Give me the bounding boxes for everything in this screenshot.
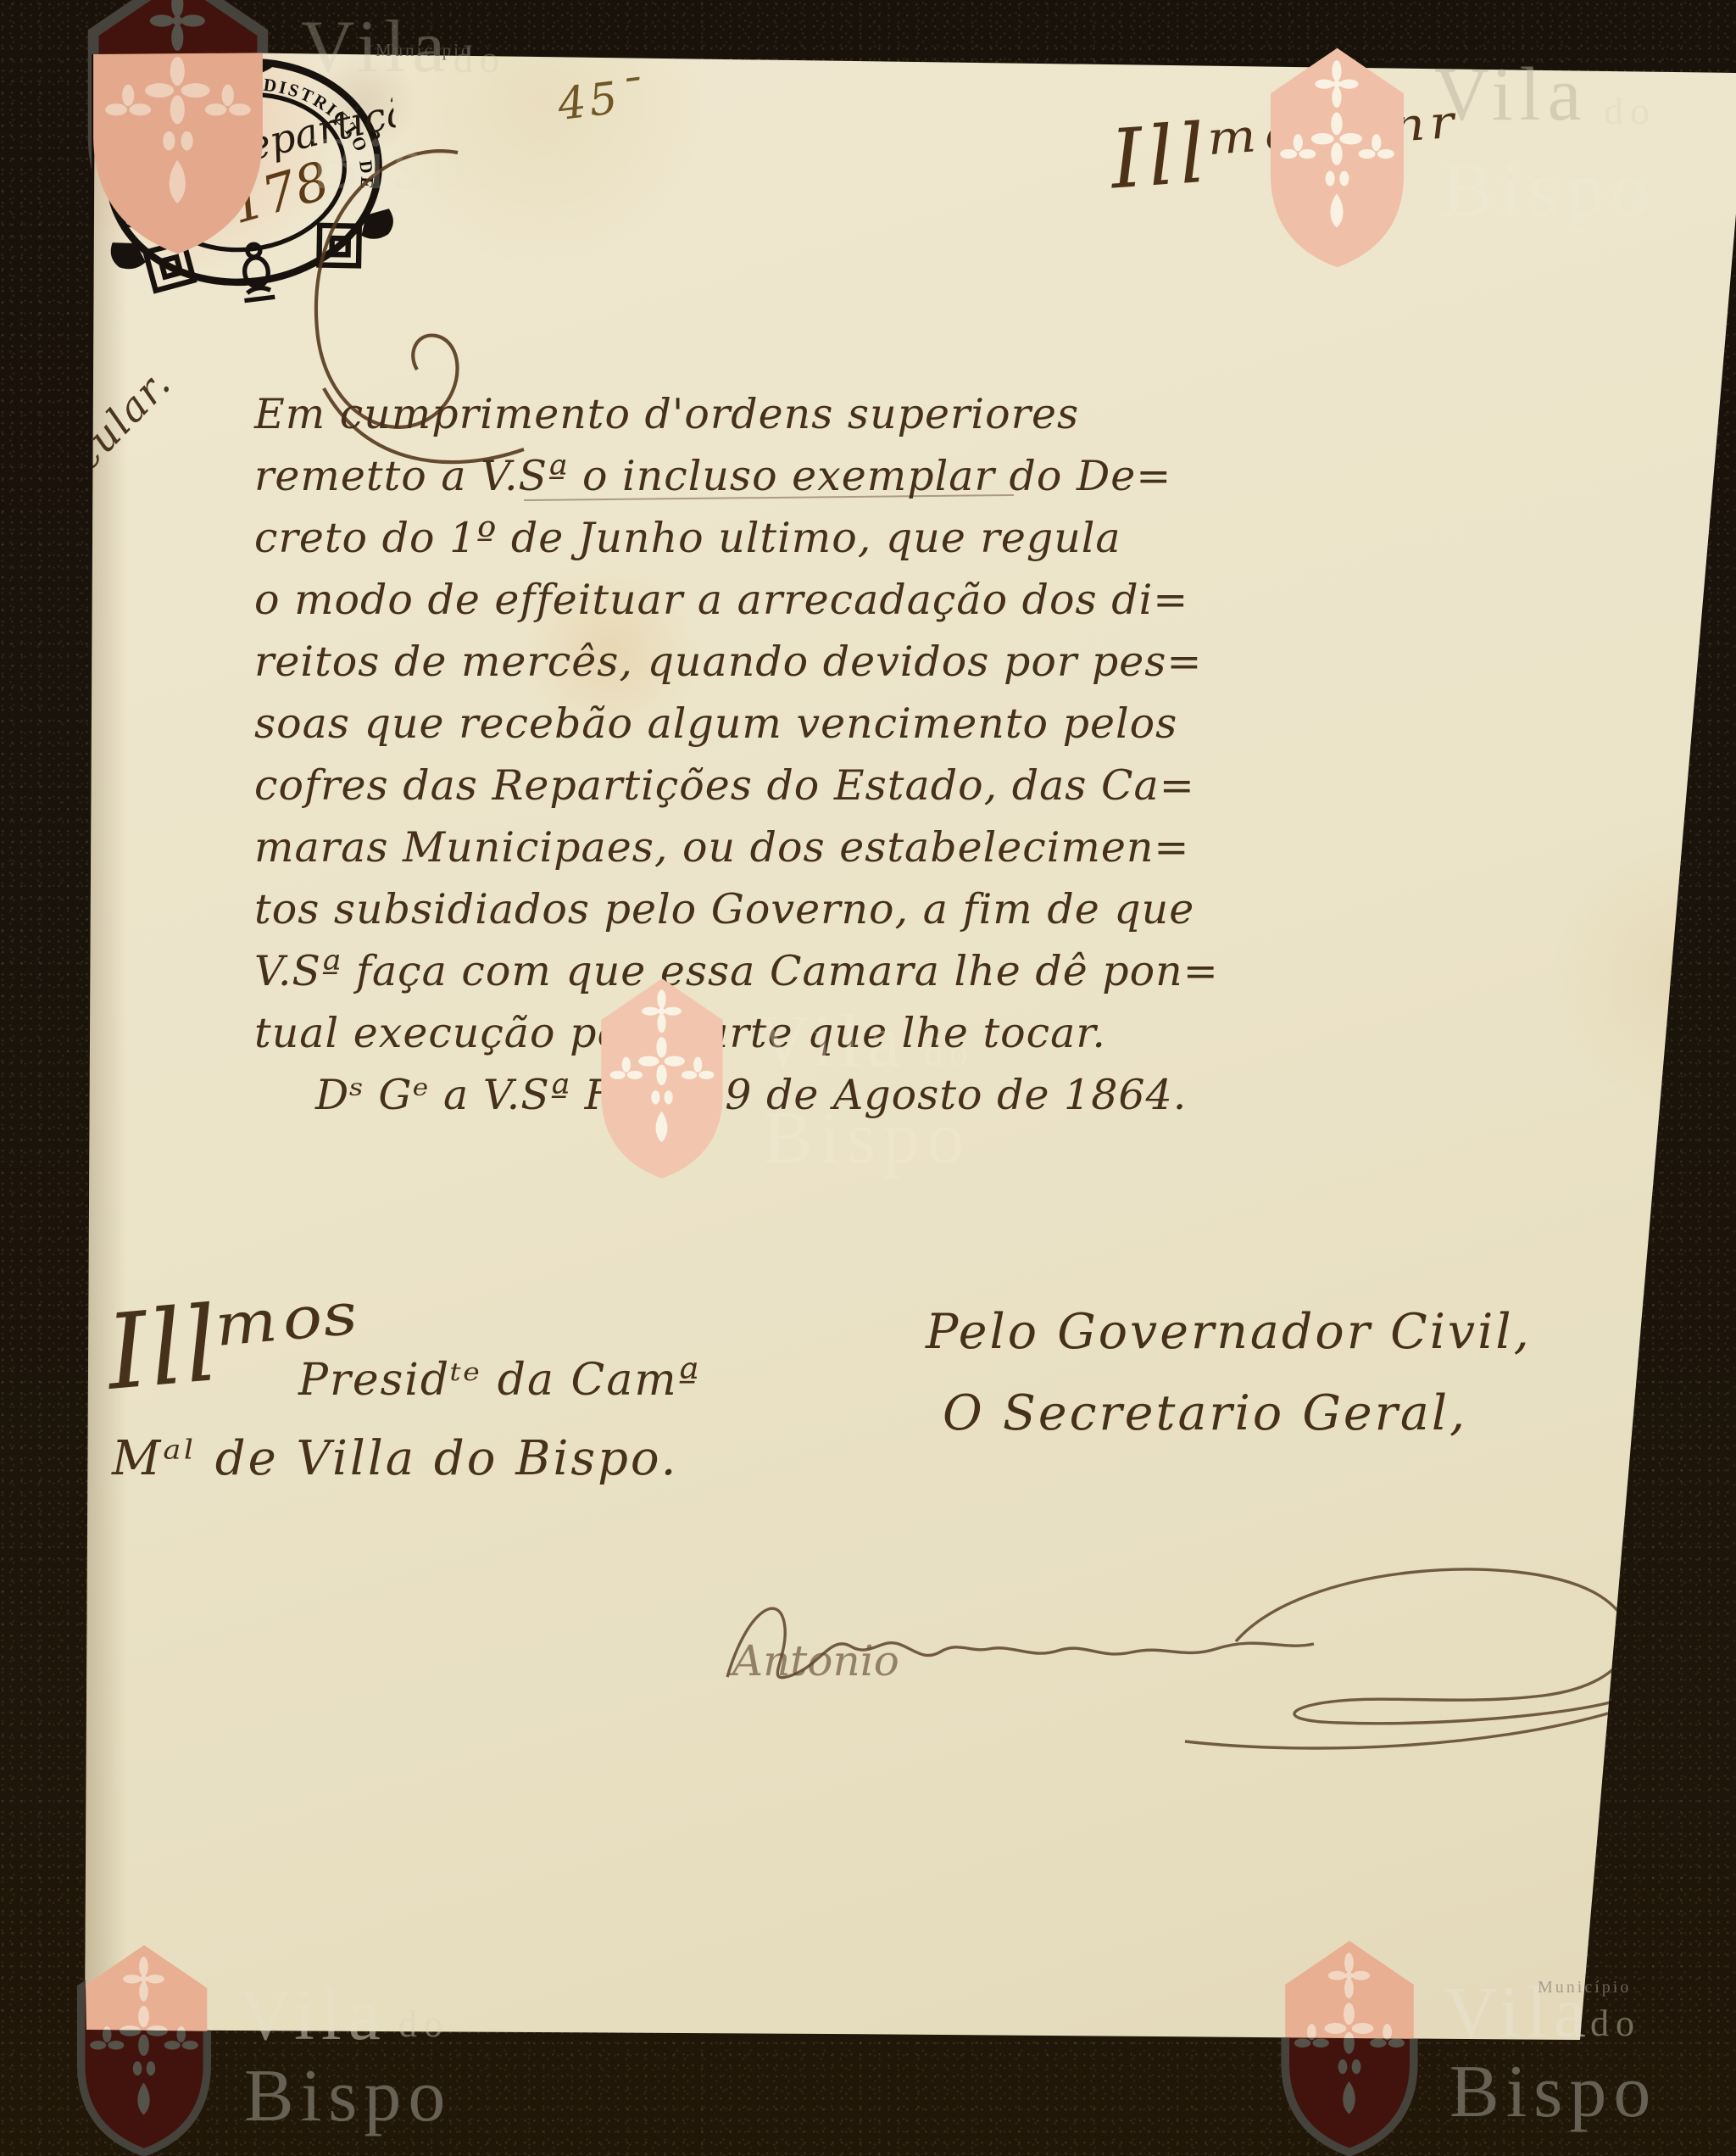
addressee-line1: Presidᵗᵉ da Camª [298,1355,700,1406]
body-line: V.Sª faça com que essa Camara lhe dê pon… [254,940,1085,1002]
watermark-word-do: do [1590,2002,1641,2045]
body-line: reitos de mercês, quando devidos por pes… [254,631,1085,693]
letter-body: Em cumprimento d'ordens superioresremett… [254,383,1085,1126]
body-line: tual execução pela parte que lhe tocar. [254,1002,1085,1064]
body-line: creto do 1º de Junho ultimo, que regula [254,507,1085,569]
body-line: o modo de effeituar a arrecadação dos di… [254,569,1085,631]
watermark-word-bispo: Bispo [1449,2049,1657,2135]
scanned-letter-photo: GOVERNO CIVIL DO DISTRICTO DE FARO [0,0,1736,2156]
body-line: maras Municipaes, ou dos estabelecimen= [254,816,1085,878]
stamp-number-label: N. [190,196,220,226]
body-line: Em cumprimento d'ordens superiores [254,383,1085,445]
watermark-word-bispo: Bispo [244,2053,452,2139]
body-line: tos subsidiados pelo Governo, a fim de q… [254,878,1085,940]
sender-title-line2: O Secretario Geral, [943,1385,1467,1441]
body-line: soas que recebão algum vencimento pelos [254,693,1085,755]
salutation-script: Illᵐᵒ Sⁿʳ [1108,88,1467,208]
body-line: Dˢ Gᵉ a V.Sª Faro 19 de Agosto de 1864. [315,1064,1085,1126]
pencil-folio-number: 45¯ [555,70,649,131]
margin-label-circular: Circular. [15,359,181,528]
letter-paper: GOVERNO CIVIL DO DISTRICTO DE FARO [0,0,1736,2156]
body-line: remetto a V.Sª o incluso exemplar do De= [254,445,1085,507]
signature-flourish: Antonio [710,1541,1668,1770]
body-line: cofres das Repartições do Estado, das Ca… [254,755,1085,816]
sender-title-line1: Pelo Governador Civil, [926,1304,1532,1360]
addressee-line2: Mᵃˡ de Villa do Bispo. [112,1431,678,1486]
